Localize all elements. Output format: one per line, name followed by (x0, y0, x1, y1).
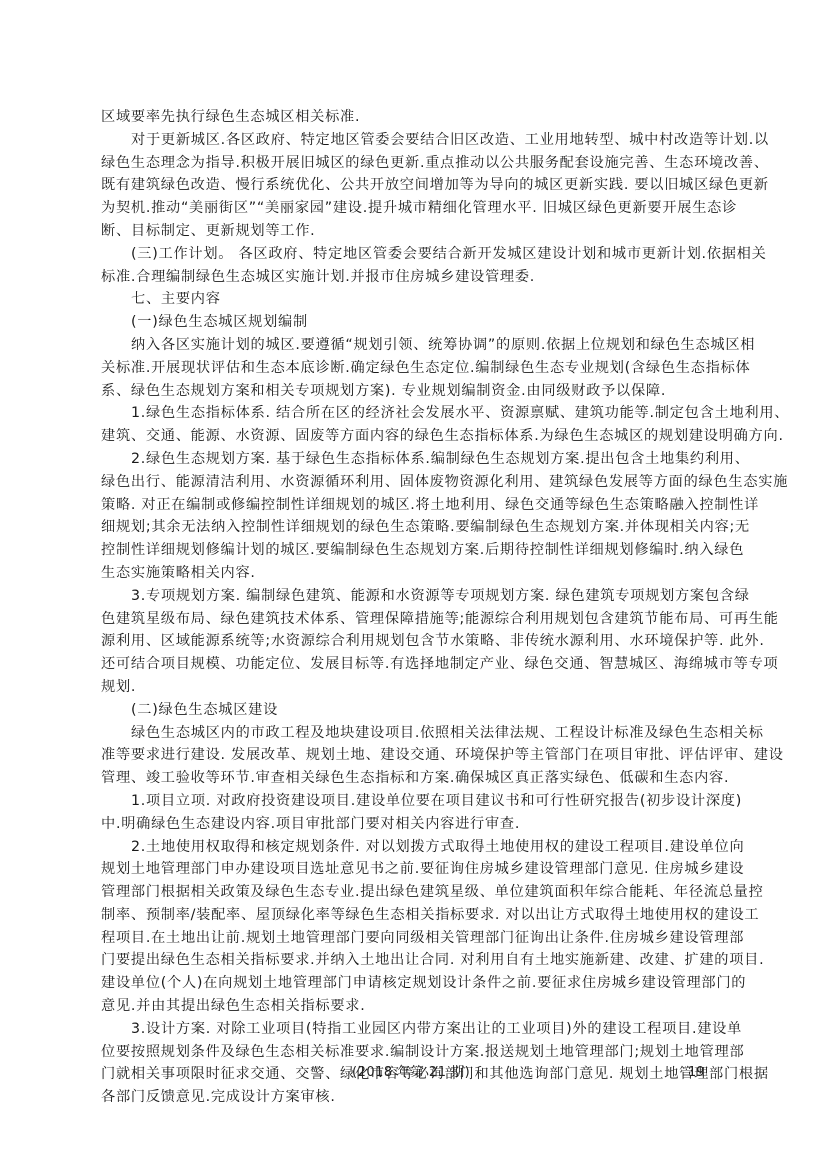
text-line: 管理部门根据相关政策及绿色生态专业.提出绿色建筑星级、单位建筑面积年综合能耗、年… (101, 881, 735, 904)
page-footer: (2018 年第 21 期) 19 (0, 1061, 827, 1085)
text-line: 色建筑星级布局、绿色建筑技术体系、管理保障措施等;能源综合利用规划包含建筑节能布… (101, 608, 735, 631)
text-line: 程项目.在土地出让前.规划土地管理部门要向同级相关管理部门征询出让条件.住房城乡… (101, 927, 735, 950)
text-line: 管理、竣工验收等环节.审查相关绿色生态指标和方案.确保城区真正落实绿色、低碳和生… (101, 767, 735, 790)
text-line: 准等要求进行建设. 发展改革、规划土地、建设交通、环境保护等主管部门在项目审批、… (101, 744, 735, 767)
text-line: 对于更新城区.各区政府、特定地区管委会要结合旧区改造、工业用地转型、城中村改造等… (101, 129, 735, 152)
text-line: 系、绿色生态规划方案和相关专项规划方案). 专业规划编制资金.由同级财政予以保障… (101, 380, 735, 403)
text-line: 纳入各区实施计划的城区.要遵循“规划引领、统筹协调”的原则.依据上位规划和绿色生… (101, 334, 735, 357)
text-line: (一)绿色生态城区规划编制 (101, 311, 735, 334)
text-line: 源利用、区域能源系统等;水资源综合利用规划包含节水策略、非传统水源利用、水环境保… (101, 630, 735, 653)
text-line: 既有建筑绿色改造、慢行系统优化、公共开放空间增加等为导向的城区更新实践. 要以旧… (101, 174, 735, 197)
text-line: 区域要率先执行绿色生态城区相关标准. (101, 106, 735, 129)
text-line: 断、目标制定、更新规划等工作. (101, 220, 735, 243)
text-line: 制率、预制率/装配率、屋顶绿化率等绿色生态相关指标要求. 对以出让方式取得土地使… (101, 904, 735, 927)
issue-label: (2018 年第 21 期) (352, 1061, 470, 1085)
text-line: 中.明确绿色生态建设内容.项目审批部门要对相关内容进行审查. (101, 813, 735, 836)
text-line: 控制性详细规划修编计划的城区.要编制绿色生态规划方案.后期待控制性详细规划修编时… (101, 539, 735, 562)
text-line: 七、主要内容 (101, 288, 735, 311)
text-line: 关标准.开展现状评估和生态本底诊断.确定绿色生态定位.编制绿色生态专业规划(含绿… (101, 357, 735, 380)
text-line: 建筑、交通、能源、水资源、固废等方面内容的绿色生态指标体系.为绿色生态城区的规划… (101, 425, 735, 448)
page-number: 19 (688, 1061, 705, 1085)
text-line: 2.土地使用权取得和核定规划条件. 对以划拨方式取得土地使用权的建设工程项目.建… (101, 836, 735, 859)
text-line: 绿色出行、能源清洁利用、水资源循环利用、固体废物资源化利用、建筑绿色发展等方面的… (101, 471, 735, 494)
text-line: 意见.并由其提出绿色生态相关指标要求. (101, 995, 735, 1018)
text-line: 规划. (101, 676, 735, 699)
text-line: 各部门反馈意见.完成设计方案审核. (101, 1086, 735, 1109)
text-line: 3.专项规划方案. 编制绿色建筑、能源和水资源等专项规划方案. 绿色建筑专项规划… (101, 585, 735, 608)
text-line: 为契机.推动“美丽街区”“美丽家园”建设.提升城市精细化管理水平. 旧城区绿色更… (101, 197, 735, 220)
text-line: 规划土地管理部门申办建设项目选址意见书之前.要征询住房城乡建设管理部门意见. 住… (101, 858, 735, 881)
body-text: 区域要率先执行绿色生态城区相关标准.对于更新城区.各区政府、特定地区管委会要结合… (101, 106, 735, 1109)
text-line: 策略. 对正在编制或修编控制性详细规划的城区.将土地利用、绿色交通等绿色生态策略… (101, 494, 735, 517)
text-line: 1.绿色生态指标体系. 结合所在区的经济社会发展水平、资源禀赋、建筑功能等.制定… (101, 402, 735, 425)
text-line: 绿色生态理念为指导.积极开展旧城区的绿色更新.重点推动以公共服务配套设施完善、生… (101, 152, 735, 175)
text-line: (三)工作计划。 各区政府、特定地区管委会要结合新开发城区建设计划和城市更新计划… (101, 243, 735, 266)
document-page: 区域要率先执行绿色生态城区相关标准.对于更新城区.各区政府、特定地区管委会要结合… (0, 0, 827, 1170)
text-line: 生态实施策略相关内容. (101, 562, 735, 585)
text-line: (二)绿色生态城区建设 (101, 699, 735, 722)
text-line: 还可结合项目规模、功能定位、发展目标等.有选择地制定产业、绿色交通、智慧城区、海… (101, 653, 735, 676)
text-line: 门要提出绿色生态相关指标要求.并纳入土地出让合同. 对利用自有土地实施新建、改建… (101, 949, 735, 972)
text-line: 细规划;其余无法纳入控制性详细规划的绿色生态策略.要编制绿色生态规划方案.并体现… (101, 516, 735, 539)
text-line: 建设单位(个人)在向规划土地管理部门申请核定规划设计条件之前.要征求住房城乡建设… (101, 972, 735, 995)
text-line: 2.绿色生态规划方案. 基于绿色生态指标体系.编制绿色生态规划方案.提出包含土地… (101, 448, 735, 471)
text-line: 标准.合理编制绿色生态城区实施计划.并报市住房城乡建设管理委. (101, 266, 735, 289)
text-line: 3.设计方案. 对除工业项目(特指工业园区内带方案出让的工业项目)外的建设工程项… (101, 1018, 735, 1041)
text-line: 绿色生态城区内的市政工程及地块建设项目.依照相关法律法规、工程设计标准及绿色生态… (101, 722, 735, 745)
text-line: 1.项目立项. 对政府投资建设项目.建设单位要在项目建议书和可行性研究报告(初步… (101, 790, 735, 813)
